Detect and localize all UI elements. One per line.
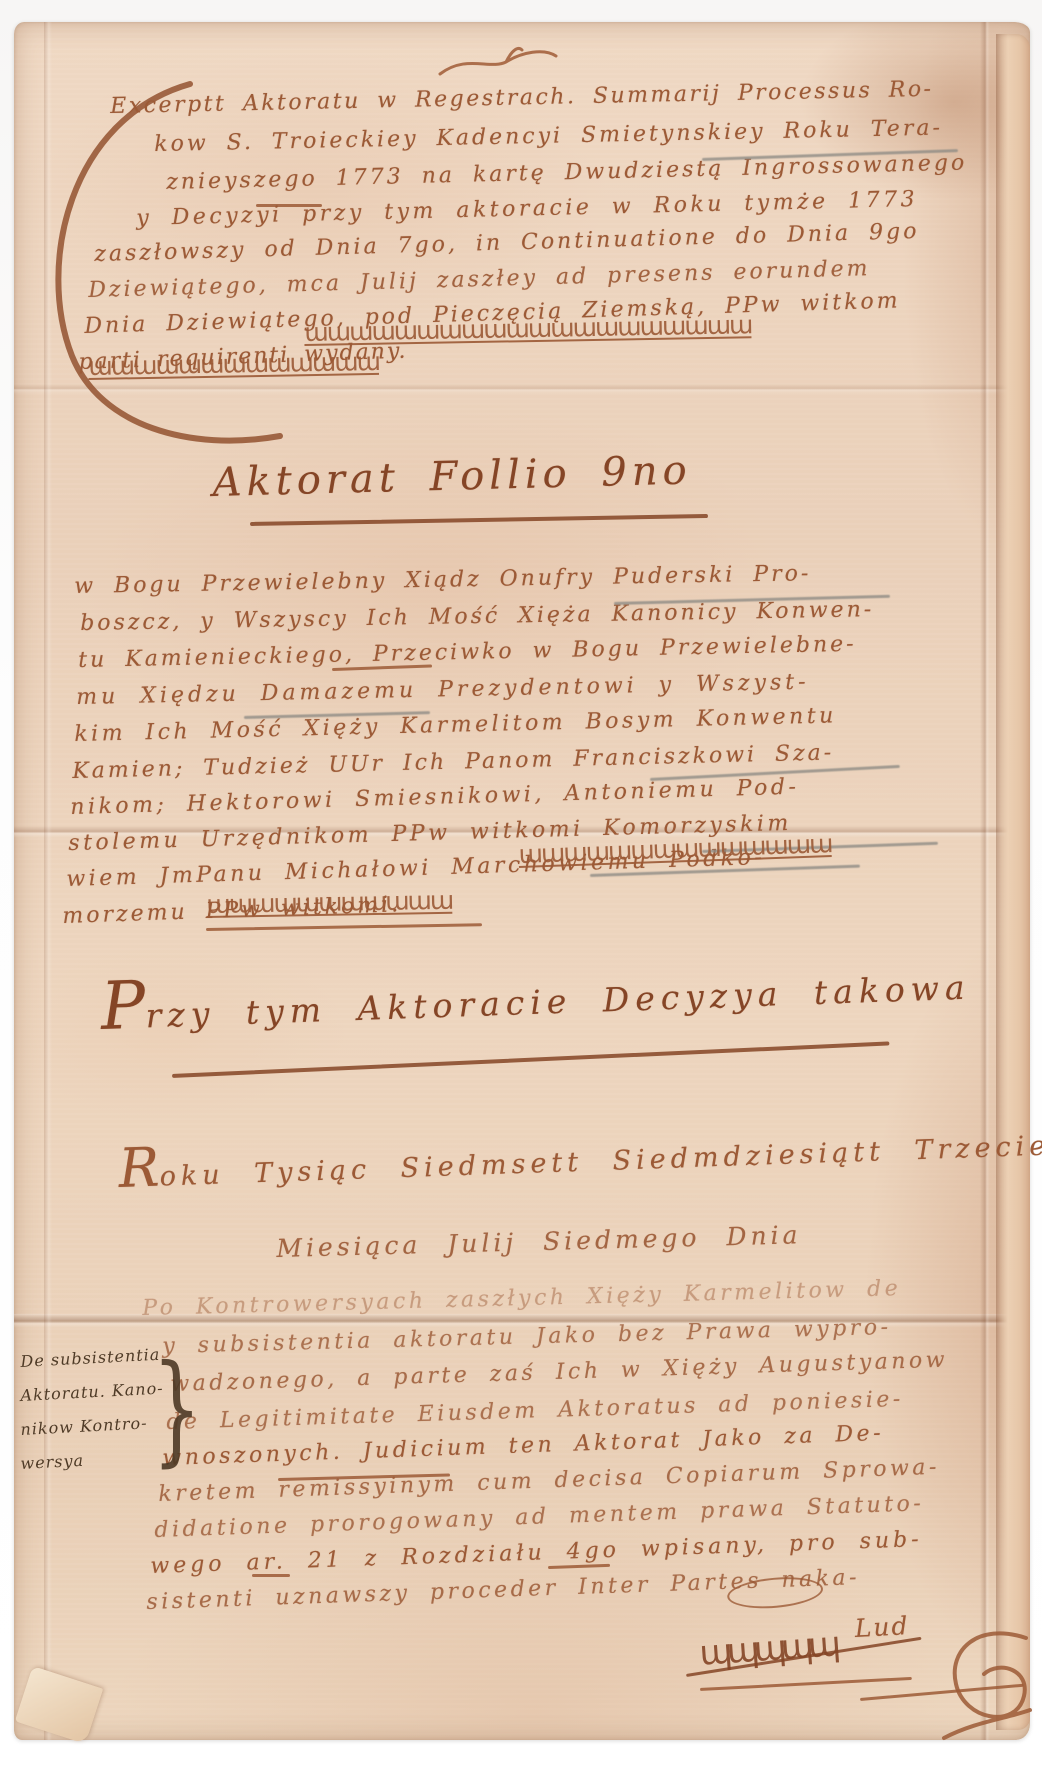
closing-word: Lud <box>854 1611 910 1643</box>
heading-underline <box>172 1041 889 1078</box>
ink-cancellation-squiggle: ɰɰɰɰɰ <box>698 1625 836 1674</box>
ink-underline <box>206 923 482 931</box>
heading-underline <box>250 514 708 526</box>
manuscript-line: w Bogu Przewielebny Xiądz Onufry Pudersk… <box>74 561 812 599</box>
margin-note-line: nikow Kontro- <box>20 1413 148 1439</box>
vertical-fold-crease <box>980 22 990 1740</box>
margin-note-line: Aktoratu. Kano- <box>20 1379 164 1405</box>
ink-underline <box>252 1574 290 1577</box>
ink-filler-squiggle: ɯɯɯɯɯɯɯɯɯɯɯ <box>206 886 452 919</box>
manuscript-line: Po Kontrowersyach zaszłych Xięży Karmeli… <box>142 1276 901 1321</box>
torn-corner-fold <box>15 1666 103 1744</box>
section-heading: Przy tym Aktoracie Decyzya takowa <box>100 954 971 1037</box>
margin-note-line: wersya <box>20 1451 85 1473</box>
ink-underline <box>256 204 322 207</box>
margin-note-line: De subsistentia <box>20 1345 161 1371</box>
margin-note-brace: } <box>152 1340 202 1479</box>
manuscript-line: boszcz, y Wszyscy Ich Mość Xięża Kanonic… <box>80 597 874 636</box>
folded-right-edge <box>996 34 1030 1730</box>
date-line: Miesiąca Julij Siedmego Dnia <box>276 1220 802 1263</box>
ink-cross-stroke <box>700 1677 912 1691</box>
manuscript-line: mu Xiędzu Damazemu Prezydentowi y Wszyst… <box>76 670 810 710</box>
manuscript-paper: Excerptt Aktoratu w Regestrach. Summarij… <box>14 22 1030 1740</box>
top-paraph-mark <box>432 40 562 84</box>
document-scan: Excerptt Aktoratu w Regestrach. Summarij… <box>0 0 1042 1772</box>
ink-filler-squiggle: ɯɯɯɯɯɯɯɯɯɯɯɯɯ <box>88 347 379 381</box>
manuscript-line: tu Kamienieckiego, Przeciwko w Bogu Prze… <box>78 632 857 673</box>
date-line: Roku Tysiąc Siedmsett Siedmdziesiątt Trz… <box>118 1116 1042 1194</box>
manuscript-line: kim Ich Mość Xięży Karmelitom Bosym Konw… <box>74 703 837 747</box>
